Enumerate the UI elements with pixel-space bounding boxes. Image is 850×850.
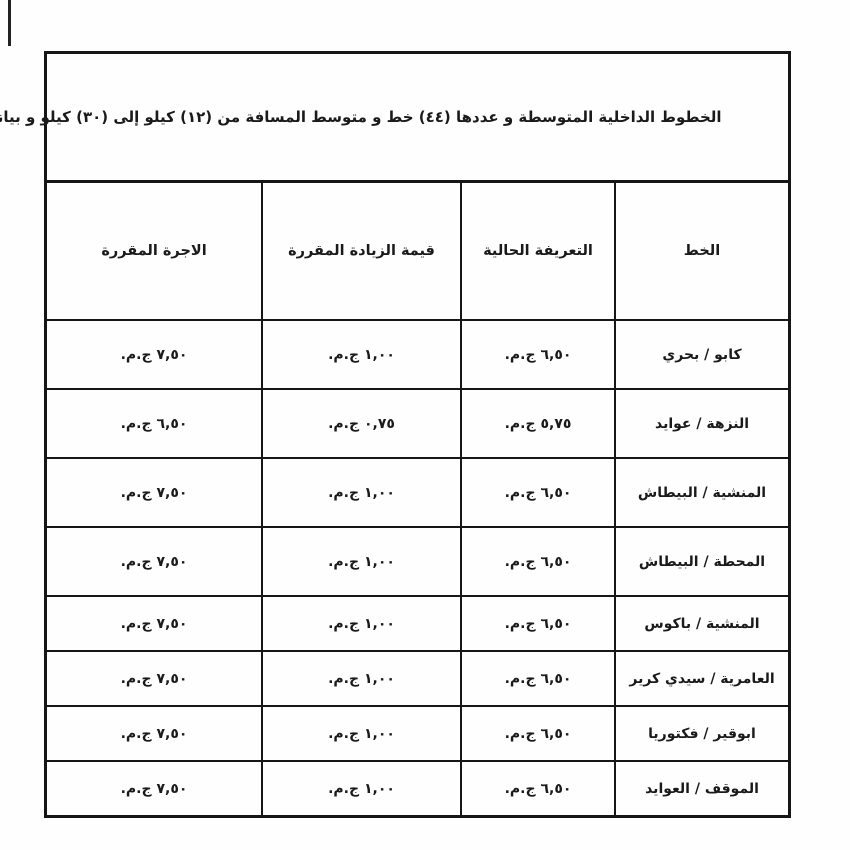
table-title: الخطوط الداخلية المتوسطة و عددها (٤٤) خط…	[47, 54, 788, 180]
cell-approved_fare: ٦,٥٠ ج.م.	[47, 390, 261, 457]
cell-approved_fare: ٧,٥٠ ج.م.	[47, 459, 261, 526]
table-row: المنشية / باكوس٦,٥٠ ج.م.١,٠٠ ج.م.٧,٥٠ ج.…	[47, 595, 788, 650]
fare-table: الخطوط الداخلية المتوسطة و عددها (٤٤) خط…	[44, 51, 791, 818]
cell-current_tariff: ٦,٥٠ ج.م.	[460, 597, 614, 650]
cell-line: المنشية / البيطاش	[614, 459, 788, 526]
cell-approved_increase: ١,٠٠ ج.م.	[261, 528, 460, 595]
cell-approved_increase: ١,٠٠ ج.م.	[261, 459, 460, 526]
scanned-document-page: الخطوط الداخلية المتوسطة و عددها (٤٤) خط…	[0, 0, 850, 850]
cell-approved_increase: ١,٠٠ ج.م.	[261, 762, 460, 815]
column-header-approved-increase: قيمة الزيادة المقررة	[261, 183, 460, 319]
cell-approved_increase: ١,٠٠ ج.م.	[261, 707, 460, 760]
cell-approved_increase: ٠,٧٥ ج.م.	[261, 390, 460, 457]
cell-approved_increase: ١,٠٠ ج.م.	[261, 597, 460, 650]
cell-line: كابو / بحري	[614, 321, 788, 388]
cell-current_tariff: ٥,٧٥ ج.م.	[460, 390, 614, 457]
cell-approved_fare: ٧,٥٠ ج.م.	[47, 321, 261, 388]
scan-artifact-line	[8, 0, 11, 46]
column-header-line: الخط	[614, 183, 788, 319]
cell-approved_fare: ٧,٥٠ ج.م.	[47, 762, 261, 815]
cell-approved_fare: ٧,٥٠ ج.م.	[47, 597, 261, 650]
table-header-row: الخط التعريفة الحالية قيمة الزيادة المقر…	[47, 180, 788, 319]
cell-current_tariff: ٦,٥٠ ج.م.	[460, 459, 614, 526]
table-row: النزهة / عوايد٥,٧٥ ج.م.٠,٧٥ ج.م.٦,٥٠ ج.م…	[47, 388, 788, 457]
cell-current_tariff: ٦,٥٠ ج.م.	[460, 321, 614, 388]
cell-approved_increase: ١,٠٠ ج.م.	[261, 652, 460, 705]
column-header-current-tariff: التعريفة الحالية	[460, 183, 614, 319]
cell-approved_fare: ٧,٥٠ ج.م.	[47, 652, 261, 705]
cell-line: المنشية / باكوس	[614, 597, 788, 650]
cell-line: الموقف / العوايد	[614, 762, 788, 815]
table-row: المحطة / البيطاش٦,٥٠ ج.م.١,٠٠ ج.م.٧,٥٠ ج…	[47, 526, 788, 595]
table-body: كابو / بحري٦,٥٠ ج.م.١,٠٠ ج.م.٧,٥٠ ج.م.ال…	[47, 319, 788, 815]
cell-line: ابوقير / فكتوريا	[614, 707, 788, 760]
cell-approved_fare: ٧,٥٠ ج.م.	[47, 707, 261, 760]
column-header-approved-fare: الاجرة المقررة	[47, 183, 261, 319]
cell-line: العامرية / سيدي كرير	[614, 652, 788, 705]
table-row: العامرية / سيدي كرير٦,٥٠ ج.م.١,٠٠ ج.م.٧,…	[47, 650, 788, 705]
cell-current_tariff: ٦,٥٠ ج.م.	[460, 707, 614, 760]
cell-approved_fare: ٧,٥٠ ج.م.	[47, 528, 261, 595]
table-row: الموقف / العوايد٦,٥٠ ج.م.١,٠٠ ج.م.٧,٥٠ ج…	[47, 760, 788, 815]
table-row: كابو / بحري٦,٥٠ ج.م.١,٠٠ ج.م.٧,٥٠ ج.م.	[47, 319, 788, 388]
cell-current_tariff: ٦,٥٠ ج.م.	[460, 652, 614, 705]
table-row: ابوقير / فكتوريا٦,٥٠ ج.م.١,٠٠ ج.م.٧,٥٠ ج…	[47, 705, 788, 760]
cell-current_tariff: ٦,٥٠ ج.م.	[460, 528, 614, 595]
cell-line: المحطة / البيطاش	[614, 528, 788, 595]
table-row: المنشية / البيطاش٦,٥٠ ج.م.١,٠٠ ج.م.٧,٥٠ …	[47, 457, 788, 526]
cell-approved_increase: ١,٠٠ ج.م.	[261, 321, 460, 388]
cell-current_tariff: ٦,٥٠ ج.م.	[460, 762, 614, 815]
cell-line: النزهة / عوايد	[614, 390, 788, 457]
